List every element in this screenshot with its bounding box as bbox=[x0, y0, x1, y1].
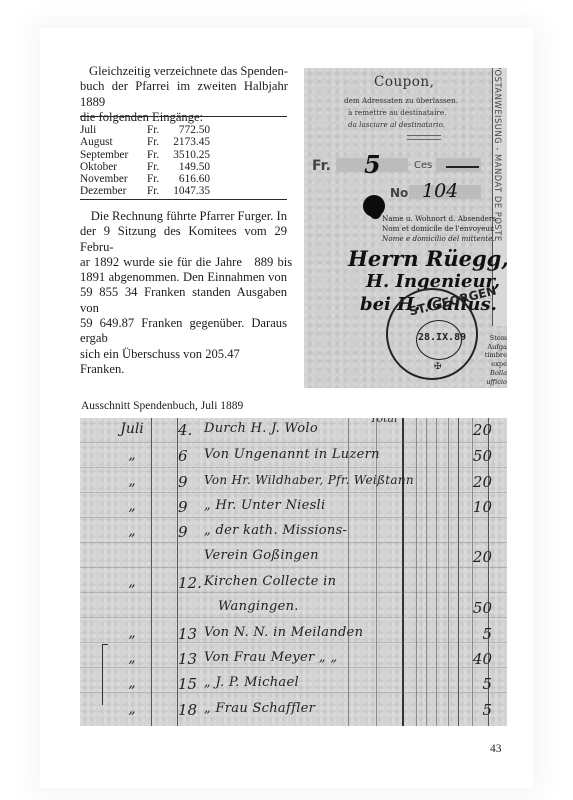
ledger-month: „ bbox=[106, 498, 158, 514]
intro-line-1: Gleichzeitig verzeichnete das Spenden- bbox=[80, 64, 288, 79]
ledger-entry: Wangingen. bbox=[218, 599, 299, 614]
decorative-rule bbox=[407, 135, 441, 140]
ces-field bbox=[436, 158, 481, 172]
accounts-line: 1891 abgenommen. Den Einnahmen von bbox=[80, 270, 287, 285]
intro-line-3: die folgenden Eingänge: bbox=[80, 110, 288, 125]
ledger-amount: 5 bbox=[446, 625, 492, 643]
ledger-row: „ 13 Von Frau Meyer „ „ 40 bbox=[80, 650, 507, 670]
ledger-day: 15 bbox=[178, 675, 202, 693]
month-cell: August bbox=[80, 136, 147, 148]
amount-cell: 3510.25 bbox=[165, 149, 210, 161]
no-value: 104 bbox=[422, 180, 458, 202]
ledger-entry: „ Hr. Unter Niesli bbox=[204, 498, 325, 513]
ledger-row: „ 12. Kirchen Collecte in bbox=[80, 574, 507, 594]
ledger-entry: Kirchen Collecte in bbox=[204, 574, 336, 589]
side-words: Stem Aufga timbre expé Bolla ufficio bbox=[479, 334, 507, 386]
ledger-row: „ 13 Von N. N. in Meilanden 5 bbox=[80, 625, 507, 645]
amount-cell: 616.60 bbox=[165, 173, 210, 185]
ledger-amount: 20 bbox=[446, 548, 492, 566]
currency-cell: Fr. bbox=[147, 124, 165, 136]
ledger-month: „ bbox=[106, 574, 158, 590]
ledger-month: „ bbox=[106, 650, 158, 666]
fr-value: 5 bbox=[364, 150, 381, 179]
month-cell: September bbox=[80, 149, 147, 161]
fr-label: Fr. bbox=[312, 158, 331, 174]
month-cell: Juli bbox=[80, 124, 147, 136]
ces-label: Ces bbox=[414, 160, 432, 171]
ledger-row: „ 9 „ Hr. Unter Niesli 10 bbox=[80, 498, 507, 518]
ledger-photo: Total Juli 4. Durch H. J. Wolo 20 „ 6 Vo… bbox=[80, 418, 507, 726]
ledger-day: 4. bbox=[178, 421, 202, 439]
month-cell: Oktober bbox=[80, 161, 147, 173]
currency-cell: Fr. bbox=[147, 161, 165, 173]
sender-line: Nom et domicile de l'envoyeur. bbox=[382, 224, 495, 233]
table-row: AugustFr.2173.45 bbox=[80, 136, 287, 148]
ledger-entry: „ J. P. Michael bbox=[204, 675, 299, 690]
ledger-month: „ bbox=[106, 523, 158, 539]
coupon-photo: POSTANWEISUNG - MANDAT DE POSTE Coupon, … bbox=[304, 68, 507, 388]
ledger-day: 9 bbox=[178, 473, 202, 491]
sender-line: Nome e domicilio del mittente. bbox=[382, 234, 495, 243]
accounts-line: sich ein Überschuss von 205.47 Franken. bbox=[80, 347, 287, 378]
ledger-row: „ 15 „ J. P. Michael 5 bbox=[80, 675, 507, 695]
currency-cell: Fr. bbox=[147, 136, 165, 148]
ledger-amount: 10 bbox=[446, 498, 492, 516]
ces-dash bbox=[446, 166, 479, 168]
ledger-entry: Verein Goßingen bbox=[204, 548, 319, 563]
ledger-amount: 50 bbox=[446, 447, 492, 465]
side-word: Aufga bbox=[479, 343, 507, 352]
handwriting-line: Herrn Rüegg, bbox=[348, 246, 507, 271]
ledger-entry: Von Frau Meyer „ „ bbox=[204, 650, 337, 665]
ledger-entry: Von Hr. Wildhaber, Pfr. Weißtann bbox=[204, 473, 414, 487]
ledger-month: „ bbox=[106, 675, 158, 691]
ledger-month: „ bbox=[106, 447, 158, 463]
ledger-caption: Ausschnitt Spendenbuch, Juli 1889 bbox=[81, 400, 243, 412]
ledger-row: Verein Goßingen 20 bbox=[80, 548, 507, 568]
ledger-row: „ 6 Von Ungenannt in Luzern 50 bbox=[80, 447, 507, 467]
ledger-entry: Von N. N. in Meilanden bbox=[204, 625, 363, 640]
ledger-day: 18 bbox=[178, 701, 202, 719]
page-number: 43 bbox=[490, 743, 502, 755]
ledger-amount: 5 bbox=[446, 701, 492, 719]
amount-cell: 149.50 bbox=[165, 161, 210, 173]
amount-cell: 772.50 bbox=[165, 124, 210, 136]
ledger-month: Juli bbox=[106, 421, 158, 437]
ledger-row: „ 18 „ Frau Schaffler 5 bbox=[80, 701, 507, 721]
accounts-paragraph: Die Rechnung führte Pfarrer Furger. In d… bbox=[80, 209, 287, 377]
side-word: Stem bbox=[479, 334, 507, 343]
ledger-month: „ bbox=[106, 701, 158, 717]
ledger-row: „ 9 Von Hr. Wildhaber, Pfr. Weißtann 20 bbox=[80, 473, 507, 493]
side-word: Bolla bbox=[479, 369, 507, 378]
ledger-month: „ bbox=[106, 473, 158, 489]
table-row: JuliFr.772.50 bbox=[80, 124, 287, 136]
postmark-date: 28.IX.89 bbox=[418, 332, 466, 343]
ledger-row: Wangingen. 50 bbox=[80, 599, 507, 619]
coupon-title: Coupon, bbox=[374, 74, 434, 90]
ledger-day: 9 bbox=[178, 523, 202, 541]
swiss-cross-icon: ✠ bbox=[434, 362, 442, 372]
side-word: expé bbox=[479, 360, 507, 369]
ledger-row: Juli 4. Durch H. J. Wolo 20 bbox=[80, 421, 507, 441]
ledger-amount: 5 bbox=[446, 675, 492, 693]
donations-table: JuliFr.772.50 AugustFr.2173.45 September… bbox=[80, 124, 287, 198]
ledger-amount: 40 bbox=[446, 650, 492, 668]
side-word: timbre bbox=[479, 351, 507, 360]
ledger-amount: 20 bbox=[446, 421, 492, 439]
row-rule bbox=[80, 467, 507, 468]
accounts-line: ar 1892 wurde sie für die Jahre 889 bis bbox=[80, 255, 287, 270]
amount-cell: 1047.35 bbox=[165, 185, 210, 197]
ledger-month: „ bbox=[106, 625, 158, 641]
ledger-entry: Durch H. J. Wolo bbox=[204, 421, 318, 436]
table-row: OktoberFr.149.50 bbox=[80, 161, 287, 173]
ledger-entry: „ der kath. Missions- bbox=[204, 523, 347, 538]
ledger-entry: Von Ungenannt in Luzern bbox=[204, 447, 380, 462]
ink-blot-tail bbox=[368, 199, 382, 219]
ledger-day: 13 bbox=[178, 625, 202, 643]
row-rule bbox=[80, 442, 507, 443]
ledger-day: 6 bbox=[178, 447, 202, 465]
no-label: No bbox=[390, 186, 408, 200]
table-bottom-rule bbox=[80, 199, 287, 200]
coupon-line: à remettre au destinataire. bbox=[348, 108, 446, 117]
table-row: DezemberFr.1047.35 bbox=[80, 185, 287, 197]
coupon-line: dem Adressaten zu überlassen. bbox=[344, 96, 458, 105]
accounts-line: 59 855 34 Franken standen Ausgaben von bbox=[80, 285, 287, 316]
ledger-day: 12. bbox=[178, 574, 202, 592]
accounts-line: 59 649.87 Franken gegenüber. Daraus erga… bbox=[80, 316, 287, 347]
ledger-amount: 20 bbox=[446, 473, 492, 491]
month-cell: November bbox=[80, 173, 147, 185]
currency-cell: Fr. bbox=[147, 185, 165, 197]
accounts-line: der 9 Sitzung des Komitees vom 29 Febru- bbox=[80, 224, 287, 255]
accounts-line: Die Rechnung führte Pfarrer Furger. In bbox=[80, 209, 287, 224]
table-row: NovemberFr.616.60 bbox=[80, 173, 287, 185]
ledger-amount: 50 bbox=[446, 599, 492, 617]
amount-cell: 2173.45 bbox=[165, 136, 210, 148]
coupon-line: da lasciare al destinatario. bbox=[348, 120, 445, 129]
table-top-rule bbox=[80, 116, 287, 117]
table-row: SeptemberFr.3510.25 bbox=[80, 149, 287, 161]
side-word: ufficio bbox=[479, 378, 507, 387]
sender-line: Name u. Wohnort d. Absenders. bbox=[382, 214, 498, 223]
currency-cell: Fr. bbox=[147, 149, 165, 161]
intro-line-2: buch der Pfarrei im zweiten Halbjahr 188… bbox=[80, 79, 288, 110]
month-cell: Dezember bbox=[80, 185, 147, 197]
ledger-entry: „ Frau Schaffler bbox=[204, 701, 315, 716]
ledger-day: 13 bbox=[178, 650, 202, 668]
ledger-day: 9 bbox=[178, 498, 202, 516]
currency-cell: Fr. bbox=[147, 173, 165, 185]
ledger-row: „ 9 „ der kath. Missions- bbox=[80, 523, 507, 543]
